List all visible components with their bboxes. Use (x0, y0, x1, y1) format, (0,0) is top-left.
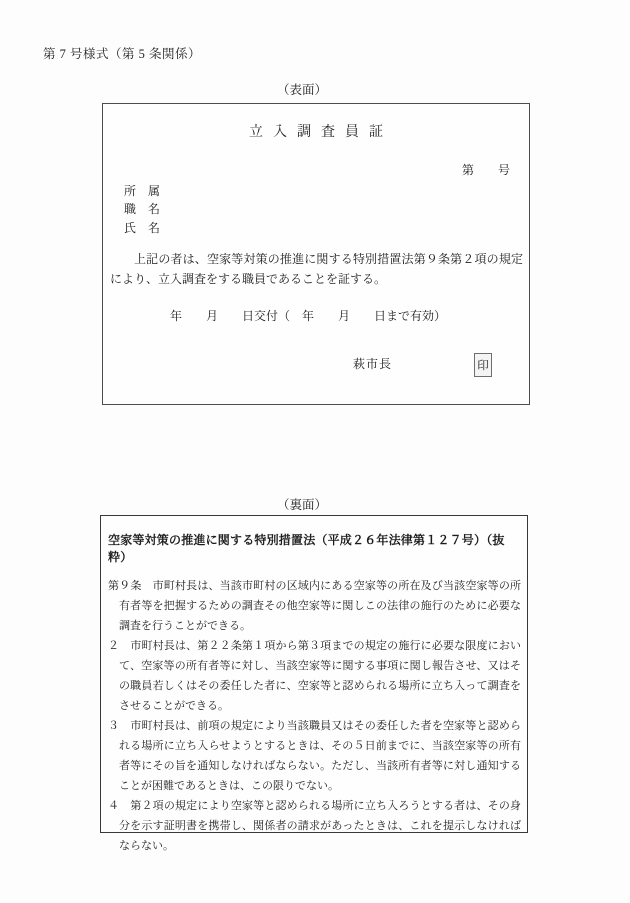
back-side-label: （裏面） (0, 495, 630, 513)
front-card: 立入調査員証 第 号 所 属 職 名 氏 名 上記の者は、空家等対策の推進に関す… (102, 103, 530, 405)
form-number: 第 7 号様式（第 5 条関係） (43, 44, 201, 62)
law-excerpt-body: 第９条 市町村長は、当該市町村の区域内にある空家等の所在及び当該空家等の所有者等… (108, 576, 521, 856)
back-card: 空家等対策の推進に関する特別措置法（平成２６年法律第１２７号）（抜粋） 第９条 … (100, 515, 528, 833)
law-paragraph: ４ 第２項の規定により空家等と認められる場所に立ち入ろうとする者は、その身分を示… (108, 796, 521, 856)
front-card-fields: 所 属 職 名 氏 名 (124, 182, 160, 237)
document-page: 第 7 号様式（第 5 条関係） （表面） 立入調査員証 第 号 所 属 職 名… (0, 0, 630, 903)
law-title: 空家等対策の推進に関する特別措置法（平成２６年法律第１２７号）（抜粋） (108, 531, 521, 565)
law-paragraph: ３ 市町村長は、前項の規定により当該職員又はその委任した者を空家等と認められる場… (108, 716, 521, 796)
field-row-name: 氏 名 (124, 219, 160, 237)
issuer-name: 萩市長 (353, 355, 392, 372)
field-row-affiliation: 所 属 (124, 182, 160, 200)
front-side-label: （表面） (0, 80, 630, 98)
certification-statement: 上記の者は、空家等対策の推進に関する特別措置法第９条第２項の規定により、立入調査… (110, 250, 523, 289)
front-card-title: 立入調査員証 (103, 121, 529, 141)
law-paragraph: ２ 市町村長は、第２２条第１項から第３項までの規定の施行に必要な限度において、空… (108, 636, 521, 716)
field-row-position: 職 名 (124, 200, 160, 218)
seal-mark: 印 (474, 353, 492, 377)
law-paragraph: 第９条 市町村長は、当該市町村の区域内にある空家等の所在及び当該空家等の所有者等… (108, 576, 521, 636)
issue-date-line: 年 月 日交付（ 年 月 日まで有効） (170, 307, 446, 324)
certificate-number-blank: 第 号 (462, 161, 510, 178)
